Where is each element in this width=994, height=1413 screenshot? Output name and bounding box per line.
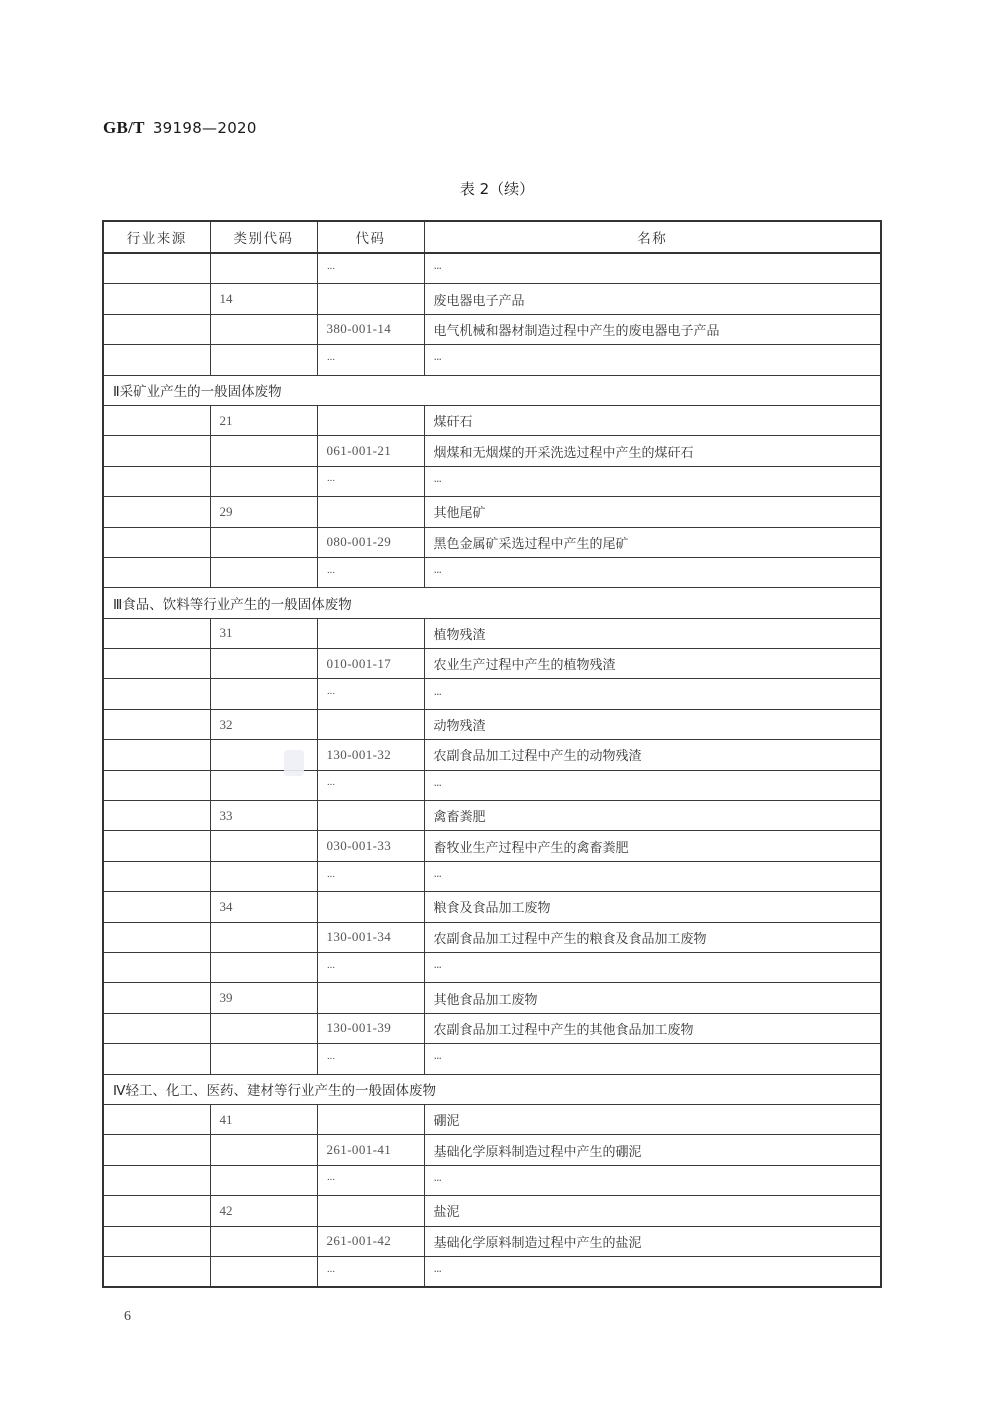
cell-category-code [210, 861, 317, 891]
table-row: 261-001-41基础化学原料制造过程中产生的硼泥 [103, 1135, 881, 1165]
cell-category-code [210, 436, 317, 466]
table-row: ······ [103, 557, 881, 587]
table-row: 21煤矸石 [103, 405, 881, 435]
table-row: 34粮食及食品加工废物 [103, 892, 881, 922]
table-row: 030-001-33畜牧业生产过程中产生的禽畜粪肥 [103, 831, 881, 861]
table-row: ······ [103, 253, 881, 284]
cell-name: ··· [424, 1256, 881, 1287]
watermark-logo [284, 750, 304, 776]
table-caption: 表 2（续） [0, 178, 994, 199]
cell-industry-source [103, 253, 210, 284]
table-row: 32动物残渣 [103, 709, 881, 739]
standard-number: 39198—2020 [153, 119, 257, 137]
cell-industry-source [103, 1013, 210, 1043]
cell-code: ··· [317, 557, 424, 587]
cell-code: ··· [317, 345, 424, 375]
cell-code: ··· [317, 952, 424, 982]
cell-industry-source [103, 861, 210, 891]
table-row: 42盐泥 [103, 1196, 881, 1226]
section-header-row: Ⅱ采矿业产生的一般固体废物 [103, 375, 881, 405]
cell-code: ··· [317, 770, 424, 800]
cell-industry-source [103, 345, 210, 375]
table-row: 130-001-34农副食品加工过程中产生的粮食及食品加工废物 [103, 922, 881, 952]
cell-industry-source [103, 618, 210, 648]
table-row: 061-001-21烟煤和无烟煤的开采洗选过程中产生的煤矸石 [103, 436, 881, 466]
cell-name: 基础化学原料制造过程中产生的盐泥 [424, 1226, 881, 1256]
cell-code: 130-001-34 [317, 922, 424, 952]
table-row: ······ [103, 1044, 881, 1074]
cell-code: 010-001-17 [317, 649, 424, 679]
section-label: Ⅱ采矿业产生的一般固体废物 [103, 375, 881, 405]
cell-industry-source [103, 770, 210, 800]
cell-name: 盐泥 [424, 1196, 881, 1226]
cell-code [317, 1196, 424, 1226]
cell-name: 煤矸石 [424, 405, 881, 435]
table-row: 380-001-14电气机械和器材制造过程中产生的废电器电子产品 [103, 314, 881, 344]
cell-code: ··· [317, 679, 424, 709]
cell-code [317, 801, 424, 831]
cell-name: ··· [424, 1044, 881, 1074]
cell-name: ··· [424, 557, 881, 587]
cell-category-code [210, 527, 317, 557]
table-row: 261-001-42基础化学原料制造过程中产生的盐泥 [103, 1226, 881, 1256]
cell-code [317, 983, 424, 1013]
cell-category-code [210, 679, 317, 709]
cell-name: 畜牧业生产过程中产生的禽畜粪肥 [424, 831, 881, 861]
cell-code [317, 709, 424, 739]
cell-code [317, 405, 424, 435]
cell-code: ··· [317, 1044, 424, 1074]
cell-category-code [210, 1044, 317, 1074]
cell-name: ··· [424, 679, 881, 709]
cell-category-code [210, 831, 317, 861]
cell-category-code [210, 1013, 317, 1043]
cell-name: 基础化学原料制造过程中产生的硼泥 [424, 1135, 881, 1165]
cell-category-code [210, 1135, 317, 1165]
cell-name: 废电器电子产品 [424, 284, 881, 314]
cell-industry-source [103, 405, 210, 435]
cell-industry-source [103, 740, 210, 770]
cell-category-code: 34 [210, 892, 317, 922]
cell-category-code [210, 314, 317, 344]
cell-name: 植物残渣 [424, 618, 881, 648]
cell-industry-source [103, 527, 210, 557]
cell-industry-source [103, 831, 210, 861]
table-row: 39其他食品加工废物 [103, 983, 881, 1013]
table-row: ······ [103, 770, 881, 800]
cell-code: ··· [317, 253, 424, 284]
cell-name: 电气机械和器材制造过程中产生的废电器电子产品 [424, 314, 881, 344]
cell-name: 农副食品加工过程中产生的粮食及食品加工废物 [424, 922, 881, 952]
cell-category-code: 31 [210, 618, 317, 648]
table-row: ······ [103, 1165, 881, 1195]
cell-category-code: 33 [210, 801, 317, 831]
cell-name: ··· [424, 1165, 881, 1195]
cell-code: 130-001-39 [317, 1013, 424, 1043]
cell-industry-source [103, 649, 210, 679]
cell-name: ··· [424, 466, 881, 496]
cell-industry-source [103, 679, 210, 709]
cell-industry-source [103, 1196, 210, 1226]
cell-industry-source [103, 284, 210, 314]
cell-name: 其他食品加工废物 [424, 983, 881, 1013]
table-row: 080-001-29黑色金属矿采选过程中产生的尾矿 [103, 527, 881, 557]
cell-code: 130-001-32 [317, 740, 424, 770]
cell-industry-source [103, 497, 210, 527]
table-row: ······ [103, 345, 881, 375]
cell-category-code [210, 466, 317, 496]
column-header-industry-source: 行业来源 [103, 221, 210, 253]
cell-industry-source [103, 436, 210, 466]
cell-name: 黑色金属矿采选过程中产生的尾矿 [424, 527, 881, 557]
cell-category-code [210, 1256, 317, 1287]
cell-name: ··· [424, 345, 881, 375]
cell-category-code: 14 [210, 284, 317, 314]
cell-code [317, 892, 424, 922]
cell-category-code [210, 557, 317, 587]
cell-category-code: 32 [210, 709, 317, 739]
cell-industry-source [103, 557, 210, 587]
page-number: 6 [124, 1309, 131, 1325]
cell-industry-source [103, 1256, 210, 1287]
cell-industry-source [103, 709, 210, 739]
table-row: ······ [103, 466, 881, 496]
cell-code: ··· [317, 1165, 424, 1195]
table-row: ······ [103, 952, 881, 982]
cell-category-code: 29 [210, 497, 317, 527]
table-body: ······14废电器电子产品380-001-14电气机械和器材制造过程中产生的… [103, 253, 881, 1287]
column-header-name: 名称 [424, 221, 881, 253]
cell-code: 380-001-14 [317, 314, 424, 344]
section-label: Ⅲ食品、饮料等行业产生的一般固体废物 [103, 588, 881, 618]
cell-code: ··· [317, 466, 424, 496]
cell-code: ··· [317, 861, 424, 891]
cell-name: 禽畜粪肥 [424, 801, 881, 831]
cell-name: 粮食及食品加工废物 [424, 892, 881, 922]
cell-name: 农业生产过程中产生的植物残渣 [424, 649, 881, 679]
cell-category-code [210, 345, 317, 375]
cell-name: 农副食品加工过程中产生的动物残渣 [424, 740, 881, 770]
cell-category-code [210, 649, 317, 679]
cell-category-code [210, 952, 317, 982]
cell-industry-source [103, 1044, 210, 1074]
waste-classification-table: 行业来源 类别代码 代码 名称 ······14废电器电子产品380-001-1… [102, 220, 882, 1288]
table-row: 130-001-39农副食品加工过程中产生的其他食品加工废物 [103, 1013, 881, 1043]
cell-name: 动物残渣 [424, 709, 881, 739]
cell-category-code [210, 1226, 317, 1256]
cell-name: 烟煤和无烟煤的开采洗选过程中产生的煤矸石 [424, 436, 881, 466]
cell-industry-source [103, 1104, 210, 1134]
cell-category-code: 39 [210, 983, 317, 1013]
cell-category-code: 21 [210, 405, 317, 435]
cell-industry-source [103, 466, 210, 496]
cell-code: 030-001-33 [317, 831, 424, 861]
cell-code: 080-001-29 [317, 527, 424, 557]
cell-name: 农副食品加工过程中产生的其他食品加工废物 [424, 1013, 881, 1043]
table-row: ······ [103, 1256, 881, 1287]
cell-name: ··· [424, 770, 881, 800]
cell-code [317, 1104, 424, 1134]
cell-category-code [210, 253, 317, 284]
cell-code [317, 284, 424, 314]
section-header-row: Ⅳ轻工、化工、医药、建材等行业产生的一般固体废物 [103, 1074, 881, 1104]
cell-category-code [210, 922, 317, 952]
table-header-row: 行业来源 类别代码 代码 名称 [103, 221, 881, 253]
cell-code: 261-001-42 [317, 1226, 424, 1256]
column-header-category-code: 类别代码 [210, 221, 317, 253]
cell-name: 其他尾矿 [424, 497, 881, 527]
column-header-code: 代码 [317, 221, 424, 253]
standard-code: GB/T39198—2020 [103, 118, 257, 138]
cell-industry-source [103, 1165, 210, 1195]
table-row: ······ [103, 679, 881, 709]
cell-name: ··· [424, 253, 881, 284]
table-row: 130-001-32农副食品加工过程中产生的动物残渣 [103, 740, 881, 770]
cell-industry-source [103, 314, 210, 344]
cell-name: ··· [424, 952, 881, 982]
cell-code: 261-001-41 [317, 1135, 424, 1165]
table-row: 33禽畜粪肥 [103, 801, 881, 831]
cell-code: 061-001-21 [317, 436, 424, 466]
cell-industry-source [103, 922, 210, 952]
section-header-row: Ⅲ食品、饮料等行业产生的一般固体废物 [103, 588, 881, 618]
cell-name: 硼泥 [424, 1104, 881, 1134]
cell-industry-source [103, 983, 210, 1013]
cell-name: ··· [424, 861, 881, 891]
table-row: 29其他尾矿 [103, 497, 881, 527]
cell-category-code: 42 [210, 1196, 317, 1226]
table-row: 010-001-17农业生产过程中产生的植物残渣 [103, 649, 881, 679]
section-label: Ⅳ轻工、化工、医药、建材等行业产生的一般固体废物 [103, 1074, 881, 1104]
cell-code: ··· [317, 1256, 424, 1287]
standard-prefix: GB/T [103, 118, 145, 137]
table-row: 41硼泥 [103, 1104, 881, 1134]
cell-code [317, 618, 424, 648]
cell-category-code [210, 1165, 317, 1195]
cell-category-code: 41 [210, 1104, 317, 1134]
cell-industry-source [103, 1135, 210, 1165]
table-row: 31植物残渣 [103, 618, 881, 648]
table-row: ······ [103, 861, 881, 891]
table-row: 14废电器电子产品 [103, 284, 881, 314]
cell-code [317, 497, 424, 527]
cell-industry-source [103, 1226, 210, 1256]
cell-industry-source [103, 801, 210, 831]
cell-industry-source [103, 952, 210, 982]
cell-industry-source [103, 892, 210, 922]
